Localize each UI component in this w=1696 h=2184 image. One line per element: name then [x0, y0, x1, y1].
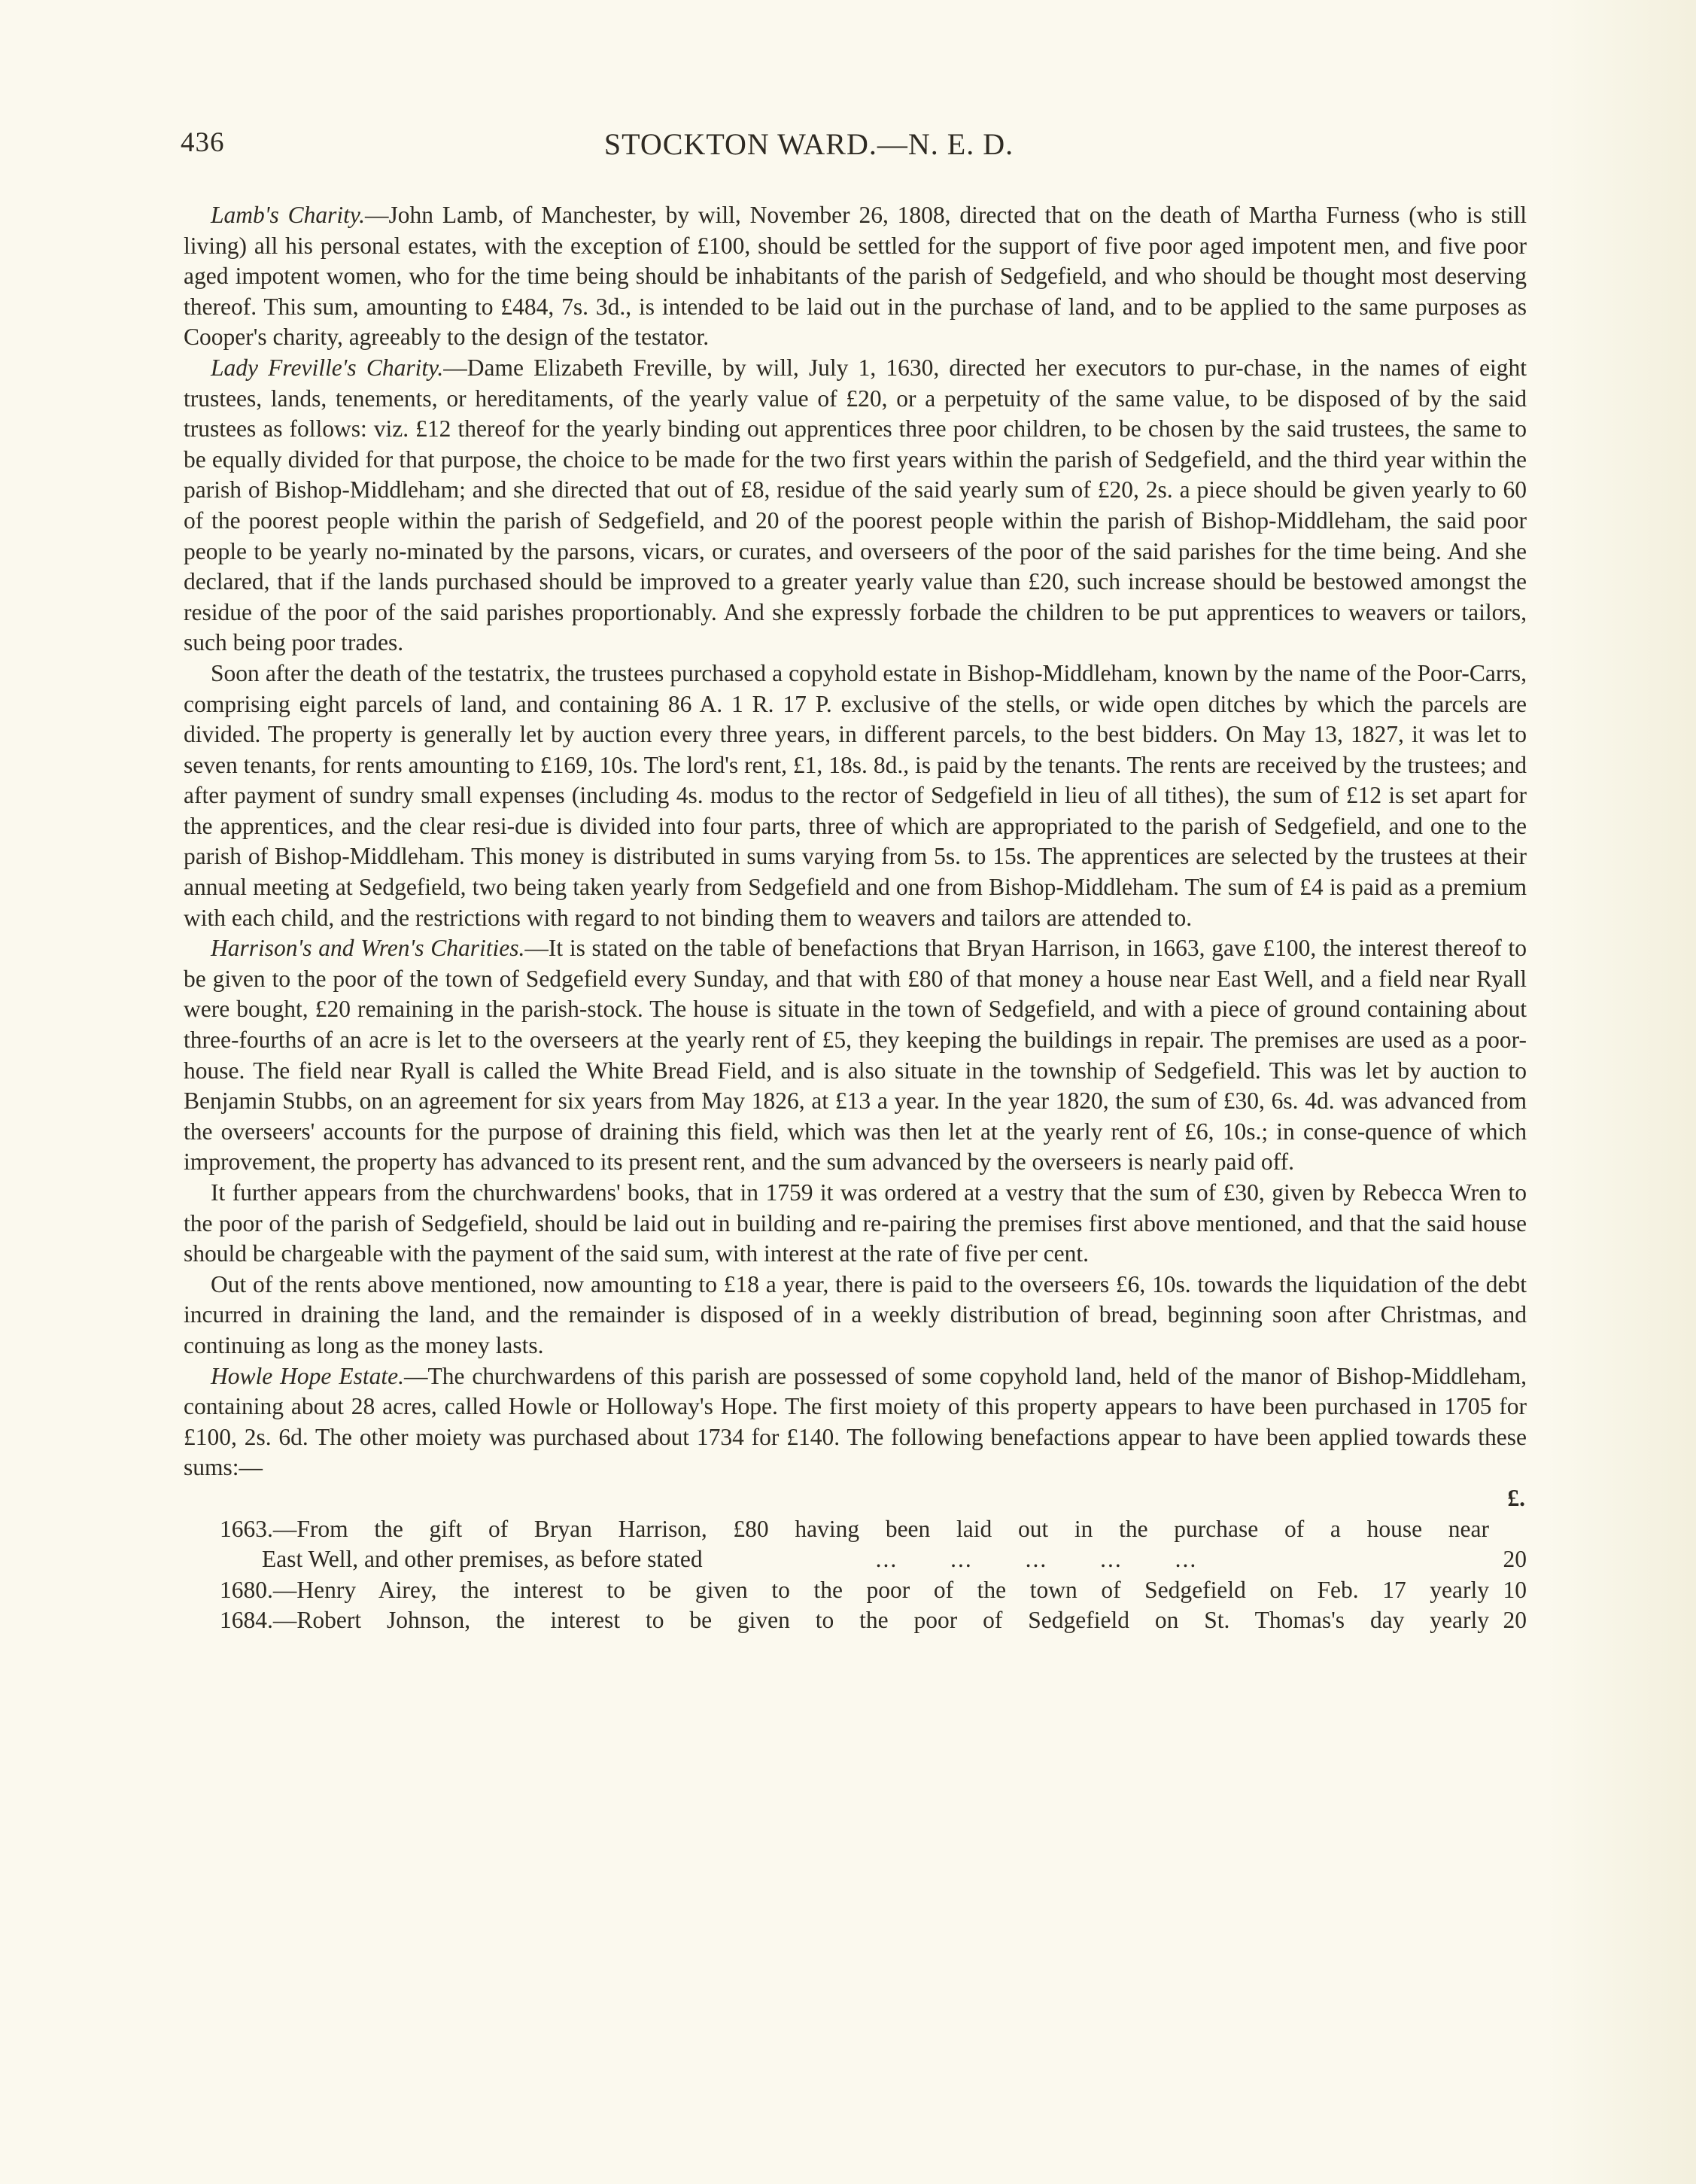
ledger-entry: 1680.—Henry Airey, the interest to be gi… [184, 1575, 1527, 1606]
ledger-entry: 1684.—Robert Johnson, the interest to be… [184, 1605, 1527, 1636]
paragraph-poor-carrs: Soon after the death of the testatrix, t… [184, 659, 1527, 933]
paragraph-lambs-charity: Lamb's Charity.—John Lamb, of Manchester… [184, 200, 1527, 353]
running-head: 436 STOCKTON WARD.—N. E. D. [181, 126, 1527, 164]
ledger-description: 1680.—Henry Airey, the interest to be gi… [220, 1575, 1489, 1606]
ledger-amount: 20 [1489, 1605, 1527, 1636]
ledger-row-continuation: East Well, and other premises, as before… [184, 1544, 1527, 1575]
running-title: STOCKTON WARD.—N. E. D. [181, 126, 1527, 162]
paragraph-text: —Dame Elizabeth Freville, by will, July … [184, 354, 1527, 656]
ledger-row: 1680.—Henry Airey, the interest to be gi… [184, 1575, 1527, 1606]
ledger-row: 1663.—From the gift of Bryan Harrison, £… [184, 1514, 1527, 1545]
paragraph-text: Out of the rents above mentioned, now am… [184, 1271, 1527, 1358]
section-heading: Lamb's Charity. [211, 202, 365, 228]
paragraph-lady-frevilles-charity: Lady Freville's Charity.—Dame Elizabeth … [184, 353, 1527, 659]
ledger-amount: 10 [1489, 1575, 1527, 1606]
paragraph-text: —John Lamb, of Manchester, by will, Nove… [184, 202, 1527, 350]
page-edge-shading [1546, 0, 1696, 2184]
section-heading: Howle Hope Estate. [211, 1363, 404, 1389]
paragraph-text: —It is stated on the table of benefactio… [184, 935, 1527, 1175]
ledger-amount: 20 [1489, 1544, 1527, 1575]
section-heading: Harrison's and Wren's Charities. [211, 935, 524, 961]
paragraph-churchwardens-books: It further appears from the churchwarden… [184, 1178, 1527, 1270]
paragraph-text: It further appears from the churchwarden… [184, 1179, 1527, 1267]
benefactions-ledger: £. 1663.—From the gift of Bryan Harrison… [184, 1483, 1527, 1636]
ledger-row: 1684.—Robert Johnson, the interest to be… [184, 1605, 1527, 1636]
body-text: Lamb's Charity.—John Lamb, of Manchester… [184, 200, 1527, 1636]
ledger-description-text: East Well, and other premises, as before… [262, 1546, 703, 1572]
ledger-entry: 1663.—From the gift of Bryan Harrison, £… [184, 1514, 1527, 1575]
paragraph-howle-hope-estate: Howle Hope Estate.—The churchwardens of … [184, 1361, 1527, 1483]
ledger-unit-label: £. [184, 1483, 1527, 1514]
ledger-description: 1684.—Robert Johnson, the interest to be… [220, 1605, 1489, 1636]
paragraph-text: Soon after the death of the testatrix, t… [184, 660, 1527, 931]
dot-leader: ... ... ... ... ... [876, 1546, 1198, 1572]
ledger-description: East Well, and other premises, as before… [262, 1544, 1489, 1575]
paragraph-harrison-wren-charities: Harrison's and Wren's Charities.—It is s… [184, 933, 1527, 1178]
paragraph-rents: Out of the rents above mentioned, now am… [184, 1270, 1527, 1361]
ledger-description: 1663.—From the gift of Bryan Harrison, £… [220, 1514, 1489, 1545]
section-heading: Lady Freville's Charity. [211, 354, 443, 381]
